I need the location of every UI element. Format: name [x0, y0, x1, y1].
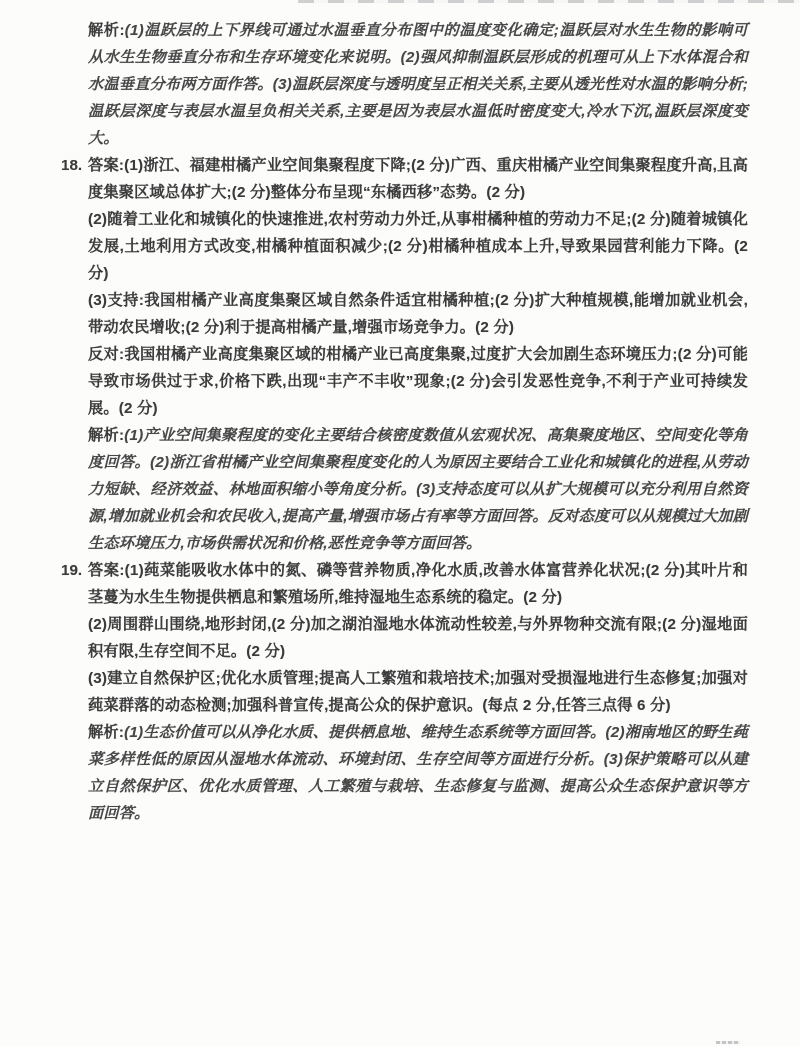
scan-artifact-bottom-mark: [716, 1041, 740, 1044]
q19-answer-paragraph-3: (3)建立自然保护区;优化水质管理;提高人工繁殖和栽培技术;加强对受损湿地进行生…: [88, 665, 748, 719]
q19-answer-paragraph-1: 答案:(1)莼菜能吸收水体中的氮、磷等营养物质,净化水质,改善水体富营养化状况;…: [88, 557, 748, 611]
q19-analysis-label: 解析:: [88, 724, 124, 741]
q17-analysis-block: 解析:(1)温跃层的上下界线可通过水温垂直分布图中的温度变化确定;温跃层对水生生…: [88, 17, 748, 152]
q18-number: 18.: [61, 152, 82, 179]
answer-key-content: 解析:(1)温跃层的上下界线可通过水温垂直分布图中的温度变化确定;温跃层对水生生…: [88, 17, 748, 827]
q18-answer-text-1: (1)浙江、福建柑橘产业空间集聚程度下降;(2 分)广西、重庆柑橘产业空间集聚程…: [88, 157, 748, 201]
q19-number: 19.: [61, 557, 82, 584]
q17-analysis-text: (1)温跃层的上下界线可通过水温垂直分布图中的温度变化确定;温跃层对水生生物的影…: [88, 22, 748, 147]
q17-analysis-label: 解析:: [88, 22, 125, 39]
q19-analysis-paragraph: 解析:(1)生态价值可以从净化水质、提供栖息地、维持生态系统等方面回答。(2)湘…: [88, 719, 748, 827]
scanned-answer-key-page: 解析:(1)温跃层的上下界线可通过水温垂直分布图中的温度变化确定;温跃层对水生生…: [0, 0, 800, 1046]
q18-answer-paragraph-2: (2)随着工业化和城镇化的快速推进,农村劳动力外迁,从事柑橘种植的劳动力不足;(…: [88, 206, 748, 287]
q19-block: 19. 答案:(1)莼菜能吸收水体中的氮、磷等营养物质,净化水质,改善水体富营养…: [88, 557, 748, 827]
q19-answer-paragraph-2: (2)周围群山围绕,地形封闭,(2 分)加之湖泊湿地水体流动性较差,与外界物种交…: [88, 611, 748, 665]
q18-answer-paragraph-3: (3)支持:我国柑橘产业高度集聚区域自然条件适宜柑橘种植;(2 分)扩大种植规模…: [88, 287, 748, 341]
q18-answer-label: 答案:: [88, 157, 124, 174]
q19-answer-label: 答案:: [88, 562, 125, 579]
q19-analysis-text: (1)生态价值可以从净化水质、提供栖息地、维持生态系统等方面回答。(2)湘南地区…: [88, 724, 748, 822]
q18-block: 18. 答案:(1)浙江、福建柑橘产业空间集聚程度下降;(2 分)广西、重庆柑橘…: [88, 152, 748, 557]
q18-answer-paragraph-1: 答案:(1)浙江、福建柑橘产业空间集聚程度下降;(2 分)广西、重庆柑橘产业空间…: [88, 152, 748, 206]
q18-analysis-label: 解析:: [88, 427, 124, 444]
scan-artifact-top-edge: [298, 0, 800, 3]
q18-analysis-text: (1)产业空间集聚程度的变化主要结合核密度数值从宏观状况、高集聚度地区、空间变化…: [88, 427, 748, 552]
q17-analysis-paragraph: 解析:(1)温跃层的上下界线可通过水温垂直分布图中的温度变化确定;温跃层对水生生…: [88, 17, 748, 152]
q19-answer-text-1: (1)莼菜能吸收水体中的氮、磷等营养物质,净化水质,改善水体富营养化状况;(2 …: [88, 562, 748, 606]
q18-answer-paragraph-4: 反对:我国柑橘产业高度集聚区域的柑橘产业已高度集聚,过度扩大会加剧生态环境压力;…: [88, 341, 748, 422]
q18-analysis-paragraph: 解析:(1)产业空间集聚程度的变化主要结合核密度数值从宏观状况、高集聚度地区、空…: [88, 422, 748, 557]
